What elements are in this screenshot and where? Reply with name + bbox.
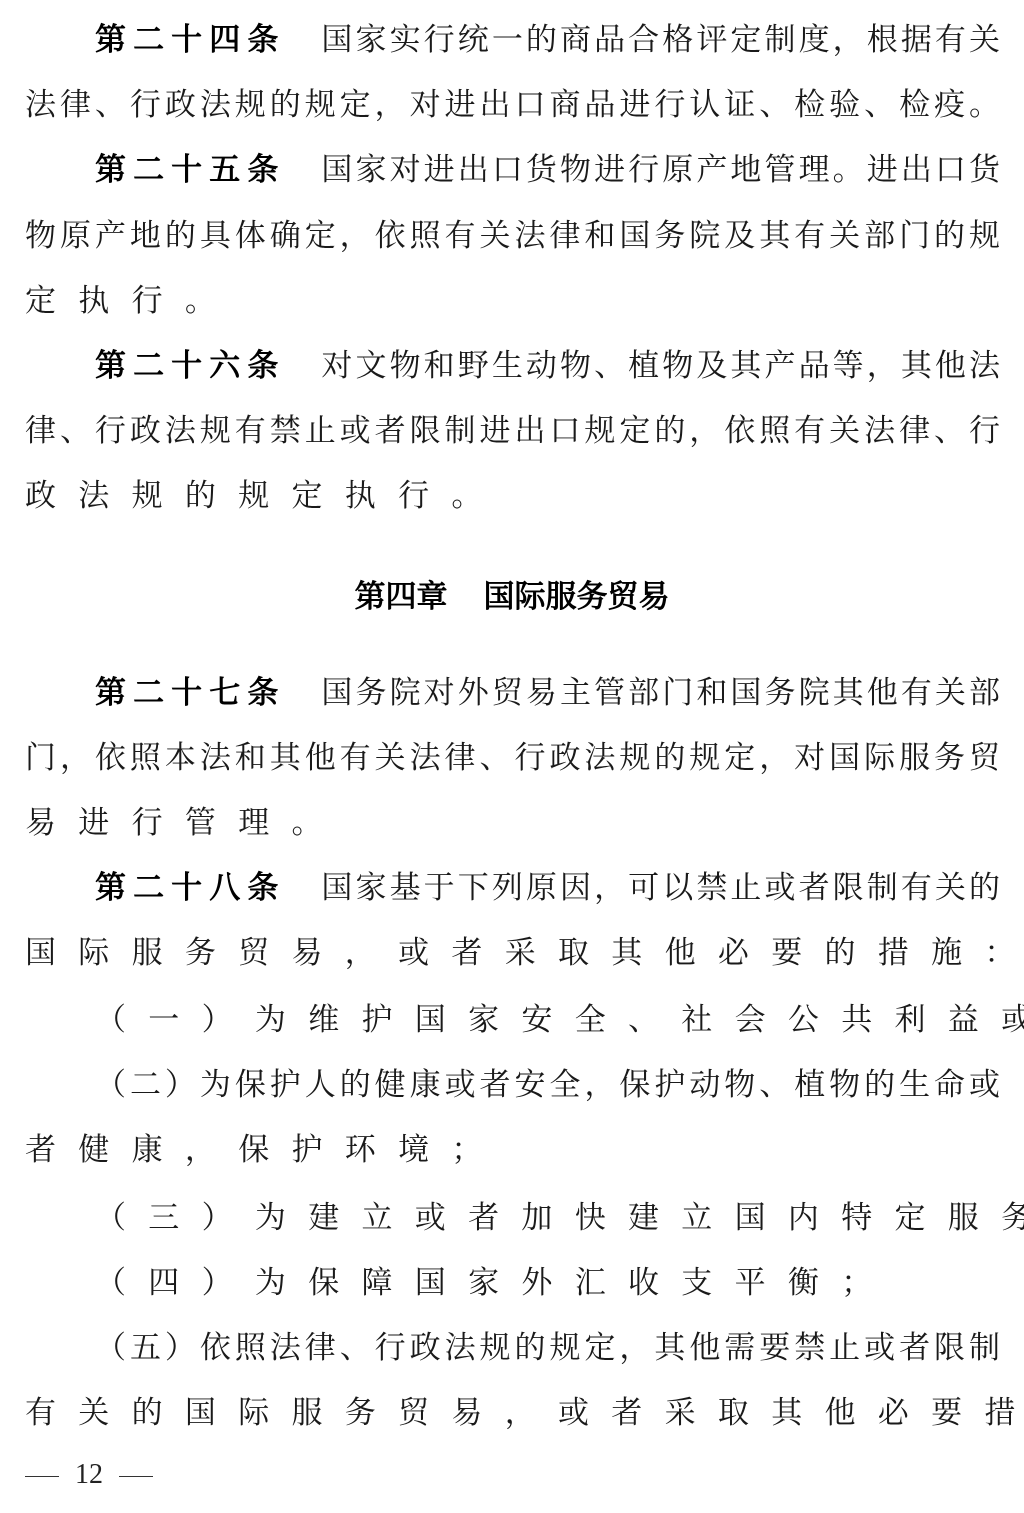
article-25-line-1: 第二十五条国家对进出口货物进行原产地管理。进出口货 bbox=[95, 150, 1000, 190]
article-24-line-2: 法律、行政法规的规定，对进出口商品进行认证、检验、检疫。 bbox=[25, 85, 1000, 125]
article-26-heading: 第二十六条 bbox=[95, 348, 285, 384]
article-27-line-1: 第二十七条国务院对外贸易主管部门和国务院其他有关部 bbox=[95, 673, 1000, 713]
item-1-line-1: （一）为维护国家安全、社会公共利益或者公共道德； bbox=[95, 1000, 1000, 1040]
page-number: 12 bbox=[25, 1458, 153, 1492]
dash-right bbox=[119, 1476, 153, 1477]
chapter-number: 第四章 bbox=[355, 579, 448, 615]
article-28-line-1: 第二十八条国家基于下列原因，可以禁止或者限制有关的 bbox=[95, 868, 1000, 908]
chapter-heading: 第四章国际服务贸易 bbox=[0, 577, 1024, 617]
article-28-line-2: 国际服务贸易，或者采取其他必要的措施： bbox=[25, 933, 1000, 973]
article-26-line-2: 律、行政法规有禁止或者限制进出口规定的，依照有关法律、行 bbox=[25, 411, 1000, 451]
item-2-line-1: （二）为保护人的健康或者安全，保护动物、植物的生命或 bbox=[95, 1065, 1000, 1105]
article-24-line-1: 第二十四条国家实行统一的商品合格评定制度，根据有关 bbox=[95, 20, 1000, 60]
dash-left bbox=[25, 1476, 59, 1477]
article-28-heading: 第二十八条 bbox=[95, 870, 285, 906]
item-3-line-1: （三）为建立或者加快建立国内特定服务产业； bbox=[95, 1198, 1000, 1238]
article-25-line-3: 定执行。 bbox=[25, 281, 1000, 321]
article-26-line-1: 第二十六条对文物和野生动物、植物及其产品等，其他法 bbox=[95, 346, 1000, 386]
article-25-heading: 第二十五条 bbox=[95, 152, 285, 188]
article-27-line-2: 门，依照本法和其他有关法律、行政法规的规定，对国际服务贸 bbox=[25, 738, 1000, 778]
article-27-heading: 第二十七条 bbox=[95, 675, 285, 711]
chapter-title: 国际服务贸易 bbox=[484, 579, 670, 615]
article-26-line-3: 政法规的规定执行。 bbox=[25, 476, 1000, 516]
item-4-line-1: （四）为保障国家外汇收支平衡； bbox=[95, 1263, 1000, 1303]
article-25-line-2: 物原产地的具体确定，依照有关法律和国务院及其有关部门的规 bbox=[25, 216, 1000, 256]
article-24-heading: 第二十四条 bbox=[95, 22, 285, 58]
article-27-line-3: 易进行管理。 bbox=[25, 803, 1000, 843]
item-5-line-2: 有关的国际服务贸易，或者采取其他必要措施的； bbox=[25, 1393, 1000, 1433]
item-5-line-1: （五）依照法律、行政法规的规定，其他需要禁止或者限制 bbox=[95, 1328, 1000, 1368]
item-2-line-2: 者健康，保护环境； bbox=[25, 1130, 1000, 1170]
